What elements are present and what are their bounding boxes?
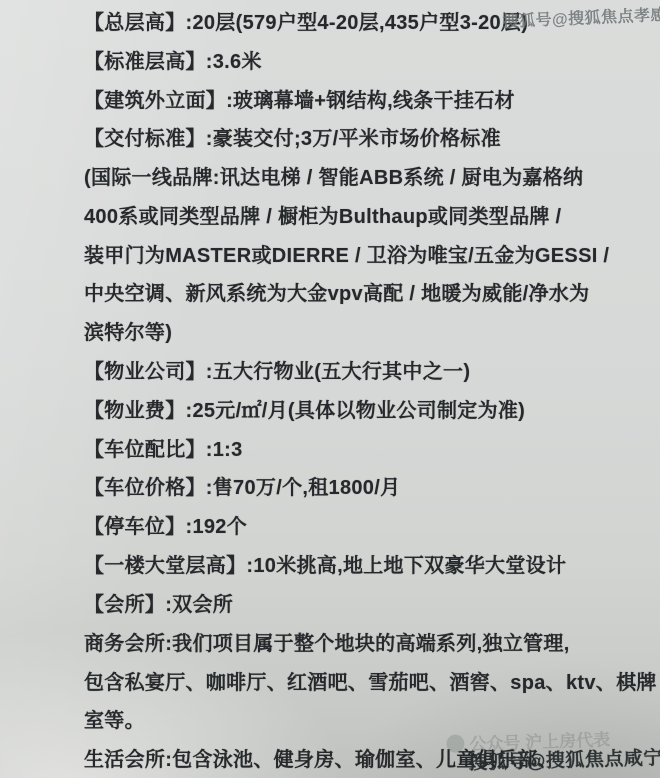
spec-line-parking-price: 【车位价格】:售70万/个,租1800/月 [84,471,400,500]
spec-line-brands-5: 滨特尔等) [84,316,172,345]
spec-line-total-floors: 【总层高】:20层(579户型4-20层,435户型3-20层) [84,6,528,35]
spec-line-facade: 【建筑外立面】:玻璃幕墙+钢结构,线条干挂石材 [84,84,515,113]
spec-line-floor-height: 【标准层高】:3.6米 [84,45,262,74]
spec-line-property-fee: 【物业费】:25元/㎡/月(具体以物业公司制定为准) [84,394,525,423]
spec-sheet: 【总层高】:20层(579户型4-20层,435户型3-20层) 【标准层高】:… [0,0,660,778]
spec-line-business-club-3: 室等。 [84,704,145,733]
spec-line-delivery-standard: 【交付标准】:豪装交付;3万/平米市场价格标准 [84,122,501,151]
spec-line-brands-3: 装甲门为MASTER或DIERRE / 卫浴为唯宝/五金为GESSI / [84,239,609,268]
spec-line-parking-count: 【停车位】:192个 [84,510,247,539]
spec-line-brands-4: 中央空调、新风系统为大金vpv高配 / 地暖为威能/净水为 [84,277,589,306]
spec-line-parking-ratio: 【车位配比】:1:3 [84,433,243,462]
spec-line-clubhouse: 【会所】:双会所 [84,588,233,617]
spec-line-brands-2: 400系或同类型品牌 / 橱柜为Bulthaup或同类型品牌 / [84,200,561,229]
spec-line-business-club-1: 商务会所:我们项目属于整个地块的高端系列,独立管理, [84,627,570,656]
spec-line-property-company: 【物业公司】:五大行物业(五大行其中之一) [84,355,470,384]
spec-line-business-club-2: 包含私宴厅、咖啡厅、红酒吧、雪茄吧、酒窖、spa、ktv、棋牌 [84,666,657,695]
spec-line-brands-1: (国际一线品牌:讯达电梯 / 智能ABB系统 / 厨电为嘉格纳 [84,161,583,190]
spec-line-lobby-height: 【一楼大堂层高】:10米挑高,地上地下双豪华大堂设计 [84,549,566,578]
watermark-logo-icon [446,734,465,753]
watermark-bottom-bold: 搜狐号@搜狐焦点咸宁站 [468,742,660,775]
document-photo: 【总层高】:20层(579户型4-20层,435户型3-20层) 【标准层高】:… [0,0,660,778]
